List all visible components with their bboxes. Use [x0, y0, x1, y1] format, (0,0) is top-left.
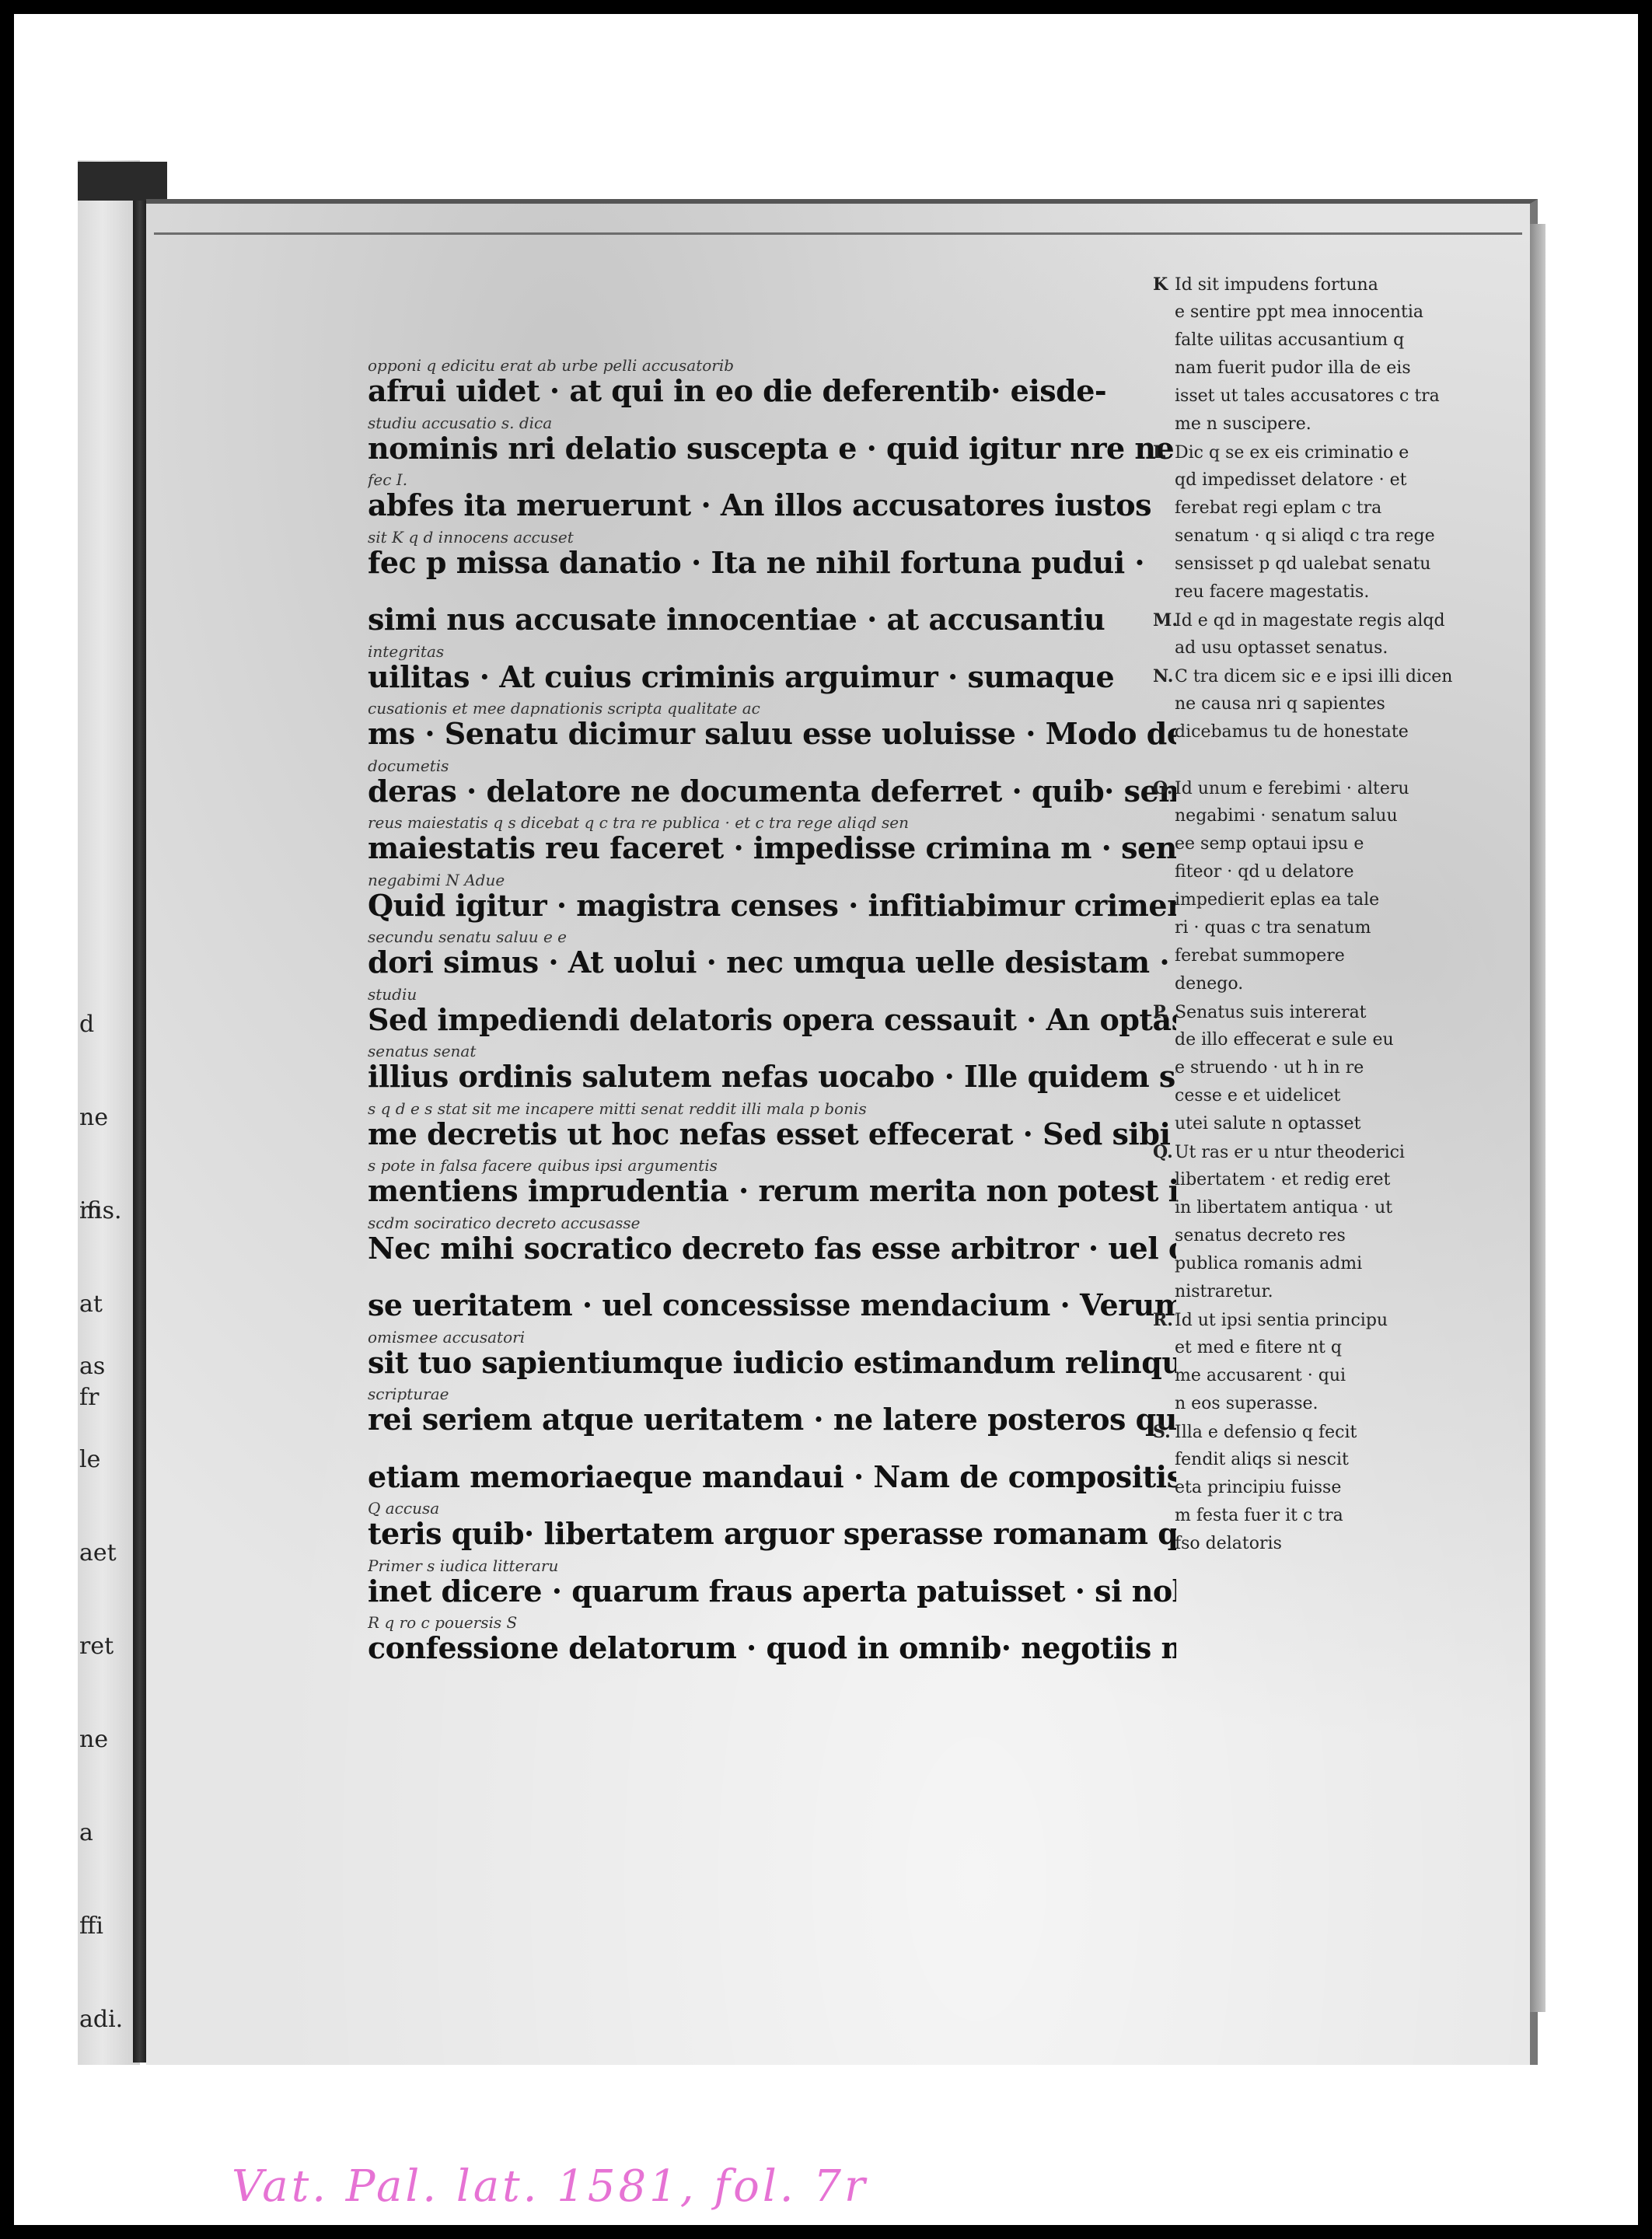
facing-leaf-line: ifis. — [79, 1196, 134, 1227]
margin-line: dicebamus tu de honestate — [1153, 722, 1518, 750]
margin-line: in libertatem antiqua · ut — [1153, 1198, 1518, 1226]
lemma-key: N. — [1153, 666, 1175, 686]
margin-text: cesse e et uidelicet — [1175, 1086, 1340, 1106]
leaf-fore-edge — [1530, 224, 1545, 2012]
main-text-column: opponi q edicitu erat ab urbe pelli accu… — [368, 356, 1176, 1671]
margin-text: Ut ras er u ntur theoderici — [1175, 1143, 1405, 1162]
text-line: reus maiestatis q s dicebat q c tra re p… — [368, 813, 1176, 871]
margin-line: falte uilitas accusantium q — [1153, 330, 1518, 358]
margin-line: O.Id unum e ferebimi · alteru — [1153, 778, 1518, 806]
main-text: illius ordinis salutem nefas uocabo · Il… — [368, 1059, 1176, 1098]
text-line: omismee accusatorisit tuo sapientiumque … — [368, 1328, 1176, 1385]
margin-line: ee semp optaui ipsu e — [1153, 834, 1518, 862]
main-text: me decretis ut hoc nefas esset effecerat… — [368, 1116, 1176, 1155]
margin-line: n eos superasse. — [1153, 1394, 1518, 1422]
margin-text: negabimi · senatum saluu — [1175, 806, 1398, 826]
margin-text: dicebamus tu de honestate — [1175, 722, 1409, 742]
margin-line: Q.Ut ras er u ntur theoderici — [1153, 1142, 1518, 1170]
margin-text: Dic q se ex eis criminatio e — [1175, 443, 1409, 463]
margin-line: ferebat regi eplam c tra — [1153, 498, 1518, 526]
main-text: fec p missa danatio · Ita ne nihil fortu… — [368, 545, 1176, 584]
margin-line: m festa fuer it c tra — [1153, 1506, 1518, 1534]
margin-line: sensisset p qd ualebat senatu — [1153, 554, 1518, 582]
lemma-key: P. — [1153, 1002, 1175, 1022]
margin-line: fendit aliqs si nescit — [1153, 1450, 1518, 1478]
text-line: studiuSed impediendi delatoris opera ces… — [368, 985, 1176, 1043]
text-line: s q d e s stat sit me incapere mitti sen… — [368, 1099, 1176, 1157]
margin-line: ad usu optasset senatus. — [1153, 638, 1518, 666]
margin-line: ne causa nri q sapientes — [1153, 694, 1518, 722]
margin-text: et med e fitere nt q — [1175, 1338, 1342, 1357]
margin-text: ferebat summopere — [1175, 946, 1345, 966]
margin-line: e struendo · ut h in re — [1153, 1058, 1518, 1086]
margin-line: KId sit impudens fortuna — [1153, 274, 1518, 302]
margin-line: R.Id ut ipsi sentia principu — [1153, 1310, 1518, 1338]
margin-text: m festa fuer it c tra — [1175, 1506, 1343, 1525]
margin-line: isset ut tales accusatores c tra — [1153, 386, 1518, 414]
margin-line: publica romanis admi — [1153, 1254, 1518, 1282]
margin-text: impedierit eplas ea tale — [1175, 890, 1379, 910]
margin-text: fiteor · qd u delatore — [1175, 862, 1353, 882]
text-line: documetisderas · delatore ne documenta d… — [368, 756, 1176, 814]
margin-text: ferebat regi eplam c tra — [1175, 498, 1381, 518]
main-text: etiam memoriaeque mandaui · Nam de compo… — [368, 1459, 1176, 1498]
main-text: ms · Senatu dicimur saluu esse uoluisse … — [368, 716, 1176, 755]
text-line: R q ro c pouersis Sconfessione delatorum… — [368, 1613, 1176, 1671]
text-line: studiu accusatio s. dicanominis nri dela… — [368, 414, 1176, 471]
margin-line: et med e fitere nt q — [1153, 1338, 1518, 1366]
lemma-key: K — [1153, 274, 1175, 295]
text-line: opponi q edicitu erat ab urbe pelli accu… — [368, 356, 1176, 414]
main-text: nominis nri delatio suscepta e · quid ig… — [368, 431, 1176, 470]
margin-text: Id e qd in magestate regis alqd — [1175, 611, 1445, 630]
margin-line: ri · quas c tra senatum — [1153, 918, 1518, 946]
facing-leaf-line: le — [79, 1444, 134, 1476]
margin-text: Id sit impudens fortuna — [1175, 275, 1378, 295]
text-line: s pote in falsa facere quibus ipsi argum… — [368, 1156, 1176, 1214]
text-line: simi nus accusate innocentiae · at accus… — [368, 585, 1176, 642]
margin-text: de illo effecerat e sule eu — [1175, 1030, 1394, 1050]
margin-text: libertatem · et redig eret — [1175, 1170, 1390, 1189]
margin-text: senatum · q si aliqd c tra rege — [1175, 526, 1435, 546]
margin-line: nam fuerit pudor illa de eis — [1153, 358, 1518, 386]
shelfmark-label: Vat. Pal. lat. 1581, fol. 7r — [232, 2161, 868, 2212]
margin-text: n eos superasse. — [1175, 1394, 1318, 1413]
lemma-key: O. — [1153, 778, 1175, 798]
margin-text: e struendo · ut h in re — [1175, 1058, 1364, 1078]
margin-line: qd impedisset delatore · et — [1153, 470, 1518, 498]
main-text: afrui uidet · at qui in eo die deferenti… — [368, 373, 1176, 412]
margin-text: Senatus suis intererat — [1175, 1003, 1367, 1022]
margin-text: ad usu optasset senatus. — [1175, 638, 1388, 658]
text-line: sit K q d innocens accusetfec p missa da… — [368, 528, 1176, 585]
margin-text: me n suscipere. — [1175, 414, 1311, 434]
margin-line: reu facere magestatis. — [1153, 582, 1518, 610]
margin-line: ferebat summopere — [1153, 946, 1518, 974]
margin-line — [1153, 750, 1518, 778]
book-gutter — [133, 201, 147, 2063]
margin-text: denego. — [1175, 974, 1243, 994]
text-line: negabimi N AdueQuid igitur · magistra ce… — [368, 871, 1176, 928]
margin-text: Illa e defensio q fecit — [1175, 1423, 1357, 1442]
facing-leaf-text-lower: ifis. as le aet ret ne a ffi adi. — [79, 1133, 134, 2098]
main-text: Sed impediendi delatoris opera cessauit … — [368, 1002, 1176, 1041]
margin-text: nam fuerit pudor illa de eis — [1175, 358, 1411, 378]
binding-corner — [78, 162, 167, 201]
main-text: dori simus · At uolui · nec umqua uelle … — [368, 945, 1176, 983]
text-line: scdm sociratico decreto accusasseNec mih… — [368, 1214, 1176, 1271]
margin-line: e sentire ppt mea innocentia — [1153, 302, 1518, 330]
margin-line: nistraretur. — [1153, 1282, 1518, 1310]
margin-line: denego. — [1153, 974, 1518, 1002]
facing-leaf-line: ne — [79, 1724, 134, 1755]
margin-line: M.Id e qd in magestate regis alqd — [1153, 610, 1518, 638]
lemma-key: S. — [1153, 1422, 1175, 1442]
main-text: deras · delatore ne documenta deferret ·… — [368, 774, 1176, 812]
text-line: etiam memoriaeque mandaui · Nam de compo… — [368, 1442, 1176, 1500]
margin-text: utei salute n optasset — [1175, 1114, 1360, 1133]
main-text: abfes ita meruerunt · An illos accusator… — [368, 487, 1176, 526]
text-line: se ueritatem · uel concessisse mendacium… — [368, 1270, 1176, 1328]
margin-line: impedierit eplas ea tale — [1153, 890, 1518, 918]
margin-text: Id ut ipsi sentia principu — [1175, 1311, 1388, 1330]
leaf-top-fold — [154, 204, 1522, 235]
margin-line: eta principiu fuisse — [1153, 1478, 1518, 1506]
margin-line: utei salute n optasset — [1153, 1114, 1518, 1142]
margin-text: publica romanis admi — [1175, 1254, 1362, 1273]
margin-line: fso delatoris — [1153, 1534, 1518, 1562]
margin-line: me n suscipere. — [1153, 414, 1518, 442]
text-line: integritasuilitas · At cuius criminis ar… — [368, 642, 1176, 700]
margin-text: reu facere magestatis. — [1175, 582, 1369, 602]
text-line: secundu senatu saluu e edori simus · At … — [368, 927, 1176, 985]
margin-text: ee semp optaui ipsu e — [1175, 834, 1364, 854]
marginal-commentary: KId sit impudens fortuna e sentire ppt m… — [1153, 274, 1518, 1562]
main-text: inet dicere · quarum fraus aperta patuis… — [368, 1574, 1176, 1612]
text-line: Primer s iudica litteraruinet dicere · q… — [368, 1556, 1176, 1614]
main-text: mentiens imprudentia · rerum merita non … — [368, 1173, 1176, 1212]
margin-text: fso delatoris — [1175, 1534, 1282, 1553]
margin-line: de illo effecerat e sule eu — [1153, 1030, 1518, 1058]
margin-text: falte uilitas accusantium q — [1175, 330, 1404, 350]
main-text: simi nus accusate innocentiae · at accus… — [368, 602, 1176, 641]
margin-line: N.C tra dicem sic e e ipsi illi dicen — [1153, 666, 1518, 694]
main-text: teris quib· libertatem arguor sperasse r… — [368, 1516, 1176, 1555]
lemma-key: I. — [1153, 442, 1175, 463]
margin-line: negabimi · senatum saluu — [1153, 806, 1518, 834]
lemma-key: Q. — [1153, 1142, 1175, 1162]
main-text: sit tuo sapientiumque iudicio estimandum… — [368, 1345, 1176, 1384]
facing-leaf-line: a — [79, 1818, 134, 1849]
margin-text: isset ut tales accusatores c tra — [1175, 386, 1440, 406]
margin-text: ri · quas c tra senatum — [1175, 918, 1371, 938]
margin-text: e sentire ppt mea innocentia — [1175, 302, 1423, 322]
margin-line: I.Dic q se ex eis criminatio e — [1153, 442, 1518, 470]
margin-text: senatus decreto res — [1175, 1226, 1346, 1245]
facing-leaf-line: d — [79, 1009, 134, 1040]
margin-line: me accusarent · qui — [1153, 1366, 1518, 1394]
facing-leaf-line: ne — [79, 1102, 134, 1133]
main-text: Nec mihi socratico decreto fas esse arbi… — [368, 1231, 1176, 1270]
margin-text: Id unum e ferebimi · alteru — [1175, 779, 1409, 798]
margin-text: fendit aliqs si nescit — [1175, 1450, 1349, 1469]
facing-leaf-line: adi. — [79, 2004, 134, 2035]
margin-text: eta principiu fuisse — [1175, 1478, 1341, 1497]
lemma-key: R. — [1153, 1310, 1175, 1330]
margin-text: qd impedisset delatore · et — [1175, 470, 1406, 490]
margin-line: senatum · q si aliqd c tra rege — [1153, 526, 1518, 554]
main-text: rei seriem atque ueritatem · ne latere p… — [368, 1402, 1176, 1441]
facing-leaf-line: ffi — [79, 1911, 134, 1942]
main-text: uilitas · At cuius criminis arguimur · s… — [368, 659, 1176, 698]
main-text: se ueritatem · uel concessisse mendacium… — [368, 1287, 1176, 1326]
text-line: cusationis et mee dapnationis scripta qu… — [368, 699, 1176, 756]
margin-line: S.Illa e defensio q fecit — [1153, 1422, 1518, 1450]
margin-text: sensisset p qd ualebat senatu — [1175, 554, 1430, 574]
facing-leaf-line: aet — [79, 1538, 134, 1569]
margin-text: ne causa nri q sapientes — [1175, 694, 1385, 714]
main-text: confessione delatorum · quod in omnib· n… — [368, 1630, 1176, 1669]
margin-line: cesse e et uidelicet — [1153, 1086, 1518, 1114]
photo-mount: d ne m at fr ifis. as le aet ret ne a ff… — [14, 14, 1638, 2225]
lemma-key: M. — [1153, 610, 1175, 630]
margin-text: me accusarent · qui — [1175, 1366, 1346, 1385]
margin-line: P.Senatus suis intererat — [1153, 1002, 1518, 1030]
text-line: Q accusateris quib· libertatem arguor sp… — [368, 1499, 1176, 1556]
margin-line: senatus decreto res — [1153, 1226, 1518, 1254]
margin-line: fiteor · qd u delatore — [1153, 862, 1518, 890]
main-text: maiestatis reu faceret · impedisse crimi… — [368, 830, 1176, 869]
margin-text: nistraretur. — [1175, 1282, 1273, 1301]
margin-text: in libertatem antiqua · ut — [1175, 1198, 1392, 1217]
facing-leaf-line: as — [79, 1351, 134, 1382]
text-line: scripturaerei seriem atque ueritatem · n… — [368, 1385, 1176, 1442]
margin-text: C tra dicem sic e e ipsi illi dicen — [1175, 667, 1452, 686]
margin-line: libertatem · et redig eret — [1153, 1170, 1518, 1198]
text-line: fec I.abfes ita meruerunt · An illos acc… — [368, 470, 1176, 528]
facing-leaf-line: ret — [79, 1631, 134, 1662]
main-text: Quid igitur · magistra censes · infitiab… — [368, 888, 1176, 927]
text-line: senatus senatillius ordinis salutem nefa… — [368, 1042, 1176, 1099]
